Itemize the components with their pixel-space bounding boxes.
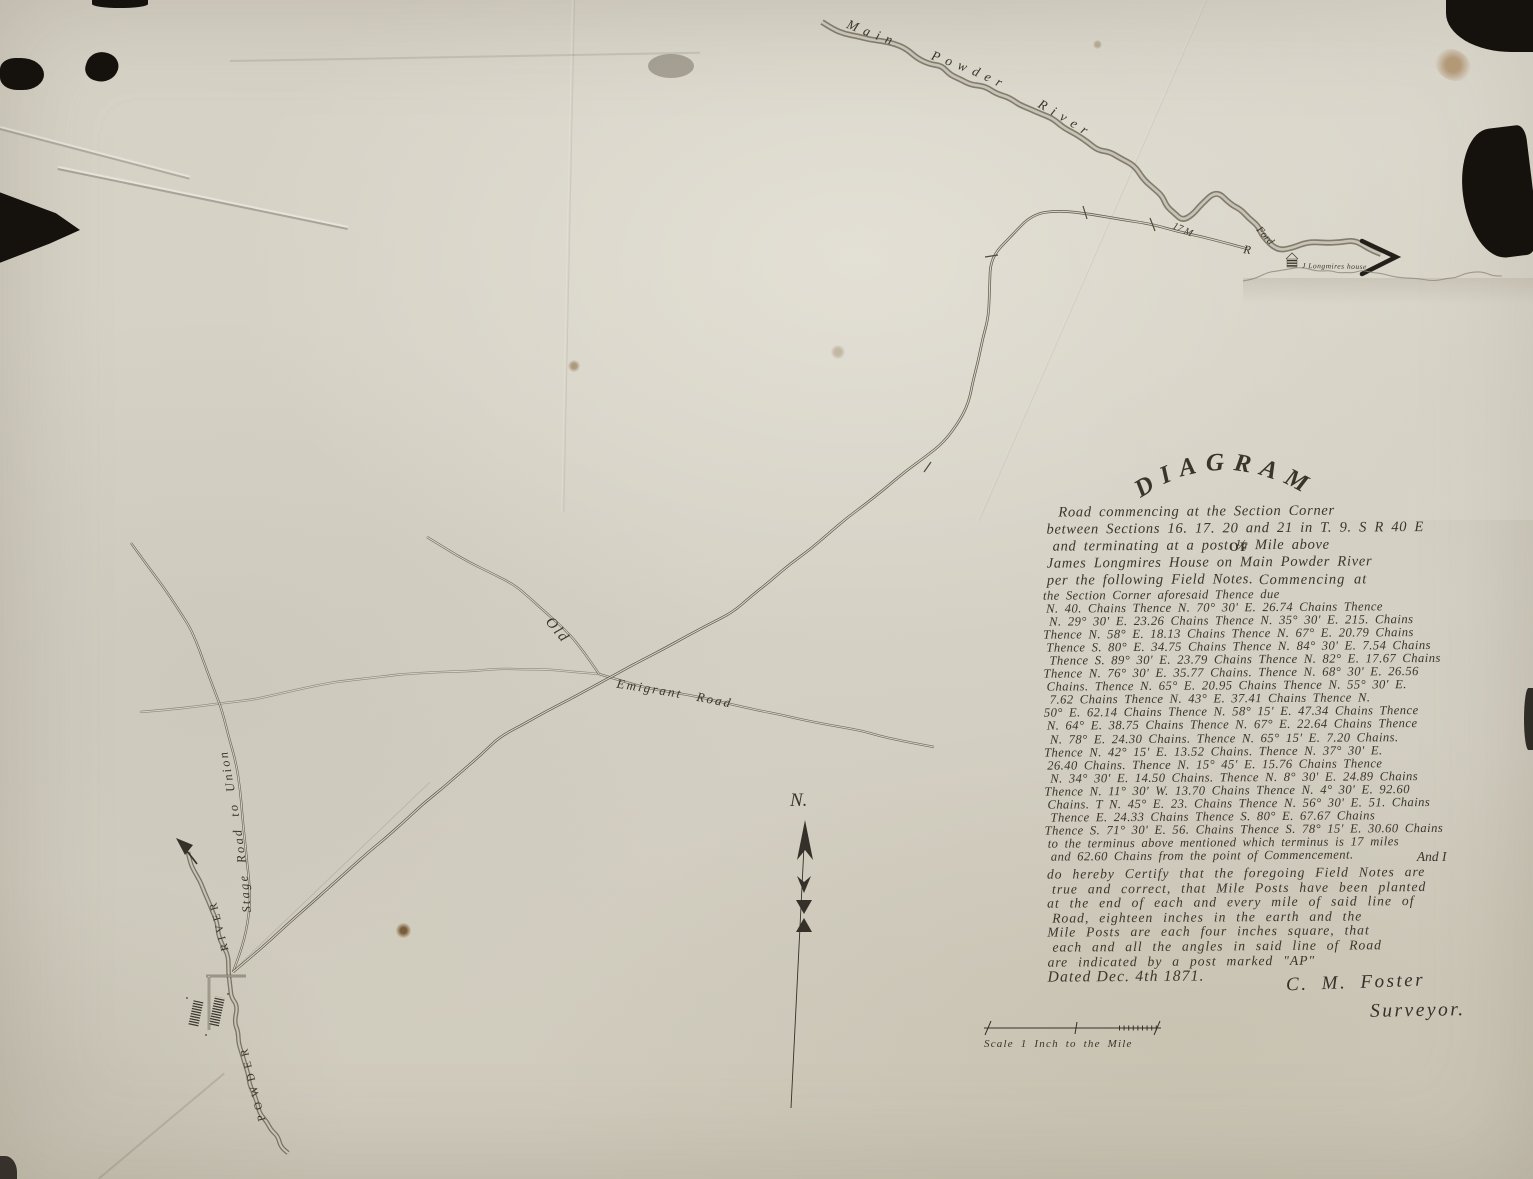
stage-road-label: Stage Road to Union (216, 749, 254, 913)
emigrant-road-label: Emigrant Road (615, 676, 734, 711)
powder-label: POWDER (237, 1042, 268, 1122)
north-arrowhead-icon (797, 820, 813, 860)
river-label: RIVER (207, 898, 232, 953)
sketch-line (238, 782, 430, 966)
scale-bar-label: Scale 1 Inch to the Mile (984, 1038, 1133, 1050)
north-label: N. (789, 790, 807, 811)
field-notes: the Section Corner aforesaid Thence dueN… (1043, 587, 1443, 864)
old-road-label: Old (542, 614, 573, 646)
map-scan: Scale 1 Inch to the Mile Main Powder Riv… (0, 0, 1533, 1179)
powder-label-text: POWDER (237, 1042, 268, 1122)
main-powder-river-path-core (822, 22, 1381, 254)
longmires-house-label: J Longmires house (1302, 261, 1367, 271)
mile-post-tick (985, 255, 998, 257)
north-arrow-fletch-icon (796, 918, 812, 932)
and-i-label: And I (1417, 849, 1447, 865)
main-river-label-text: Main Powder River (844, 16, 1096, 141)
old-emigrant-road-upper-path (427, 537, 599, 674)
longmire-house-roof-icon (1286, 253, 1298, 259)
main-powder-river-path (822, 22, 1381, 254)
title-line: between Sections 16. 17. 20 and 21 in T.… (1046, 519, 1424, 539)
road-terminus-label: R (1242, 242, 1253, 257)
field-note-line: and 62.60 Chains from the point of Comme… (1051, 848, 1444, 864)
building-dot (227, 993, 229, 995)
mile-post-tick (924, 462, 931, 472)
certification-line: are indicated by a post marked "AP" (1047, 953, 1426, 970)
river-flow-arrowhead-icon (176, 838, 193, 855)
certification: do hereby Certify that the foregoing Fie… (1047, 865, 1427, 970)
building-dot (205, 1034, 207, 1036)
north-arrow-fletch-icon (796, 900, 812, 914)
emigrant-road-label-text: Emigrant Road (615, 676, 734, 711)
building-icon (209, 996, 225, 1026)
north-arrow-line (791, 826, 805, 1108)
stage-road-path-core (131, 543, 250, 972)
stage-road-label-text: Stage Road to Union (216, 749, 254, 913)
surveyor-title: Surveyor. (1370, 999, 1466, 1023)
stage-road-path (131, 543, 250, 972)
title-line: James Longmires House on Main Powder Riv… (1047, 553, 1425, 573)
old-emigrant-road-upper-path-core (427, 537, 599, 674)
building-dot (186, 997, 188, 999)
title-heading-text: DIAGRAM (1129, 449, 1321, 504)
building-icon (188, 1000, 203, 1027)
scale-bar (984, 1021, 1161, 1035)
longmire-house-icon (1287, 259, 1297, 267)
dated-label: Dated Dec. 4th 1871. (1048, 968, 1205, 987)
river-label-text: RIVER (207, 898, 232, 953)
title-heading: DIAGRAM (1129, 449, 1321, 504)
north-arrow (791, 820, 813, 1108)
mile-17-label: 17 M (1171, 221, 1195, 240)
title-lines: Road commencing at the Section Cornerbet… (1046, 502, 1424, 590)
north-arrow-fletch-icon (797, 876, 811, 893)
main-river-label: Main Powder River (844, 16, 1096, 141)
